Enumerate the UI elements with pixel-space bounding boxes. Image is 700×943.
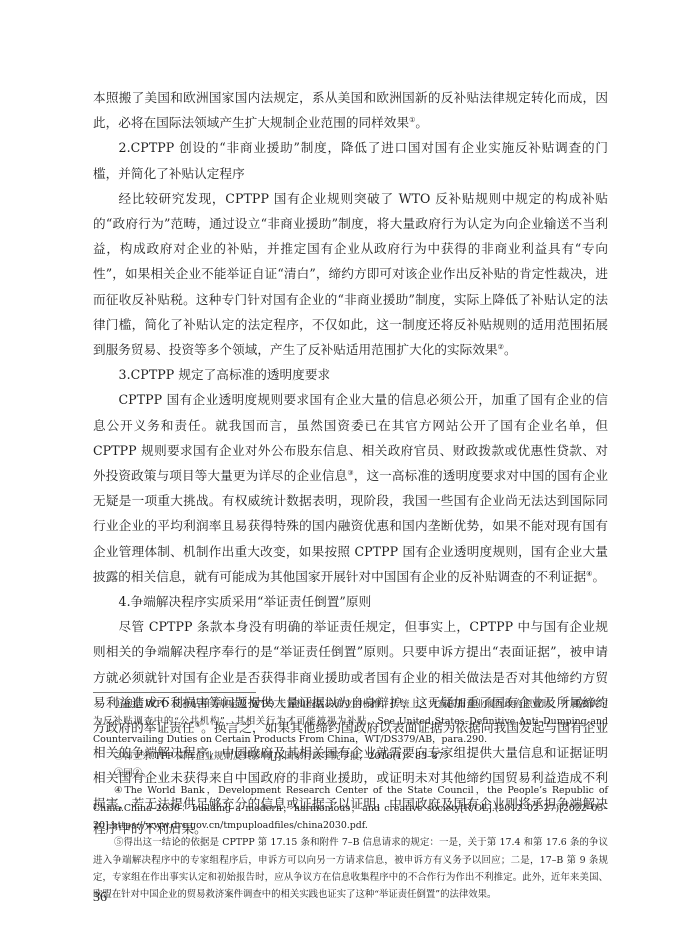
paragraph-text: 经比较研究发现，CPTPP 国有企业规则突破了 WTO 反补贴规则中规定的构成补… [93, 191, 608, 357]
paragraph-tail: 。 [592, 569, 605, 584]
footnote-2: ②韩立余.TPP 国有企业规则及其影响[J].国家行政学院学报，2016(1)：… [93, 748, 608, 765]
paragraph: 本照搬了美国和欧洲国家国内法规定，系从美国和欧洲国新的反补贴法律规定转化而成，因… [93, 85, 608, 135]
heading-text: 2.CPTPP 创设的“非商业援助”制度，降低了进口国对国有企业实施反补贴调查的… [93, 140, 608, 180]
heading-text: 4.争端解决程序实质采用“举证责任倒置”原则 [119, 594, 372, 609]
section-heading-2: 2.CPTPP 创设的“非商业援助”制度，降低了进口国对国有企业实施反补贴调查的… [93, 135, 608, 185]
paragraph: CPTPP 国有企业透明度规则要求国有企业大量的信息必须公开，加重了国有企业的信… [93, 387, 608, 589]
footnote-3: ③同②。 [93, 765, 608, 782]
footnotes: ①根据 WTO 反补贴相关规定及 WTO 上诉机构裁决确立的标准，传统上，只有国… [93, 692, 608, 904]
paragraph-text: 本照搬了美国和欧洲国家国内法规定，系从美国和欧洲国新的反补贴法律规定转化而成，因… [93, 90, 608, 130]
section-heading-4: 4.争端解决程序实质采用“举证责任倒置”原则 [93, 589, 608, 614]
footnote-5: ⑤得出这一结论的依据是 CPTPP 第 17.15 条和附件 7–B 信息请求的… [93, 834, 608, 903]
paragraph-text: ，这一高标准的透明度要求对中国的国有企业无疑是一项重大挑战。有权威统计数据表明，… [93, 468, 608, 584]
page-number: 36 [93, 890, 107, 906]
paragraph: 经比较研究发现，CPTPP 国有企业规则突破了 WTO 反补贴规则中规定的构成补… [93, 186, 608, 362]
footnote-4: ④The World Bank，Development Research Cen… [93, 782, 608, 834]
heading-text: 3.CPTPP 规定了高标准的透明度要求 [119, 367, 331, 382]
section-heading-3: 3.CPTPP 规定了高标准的透明度要求 [93, 362, 608, 387]
footnote-1: ①根据 WTO 反补贴相关规定及 WTO 上诉机构裁决确立的标准，传统上，只有国… [93, 692, 608, 748]
paragraph-tail: 。 [504, 342, 517, 357]
paragraph-tail: 。 [415, 115, 428, 130]
